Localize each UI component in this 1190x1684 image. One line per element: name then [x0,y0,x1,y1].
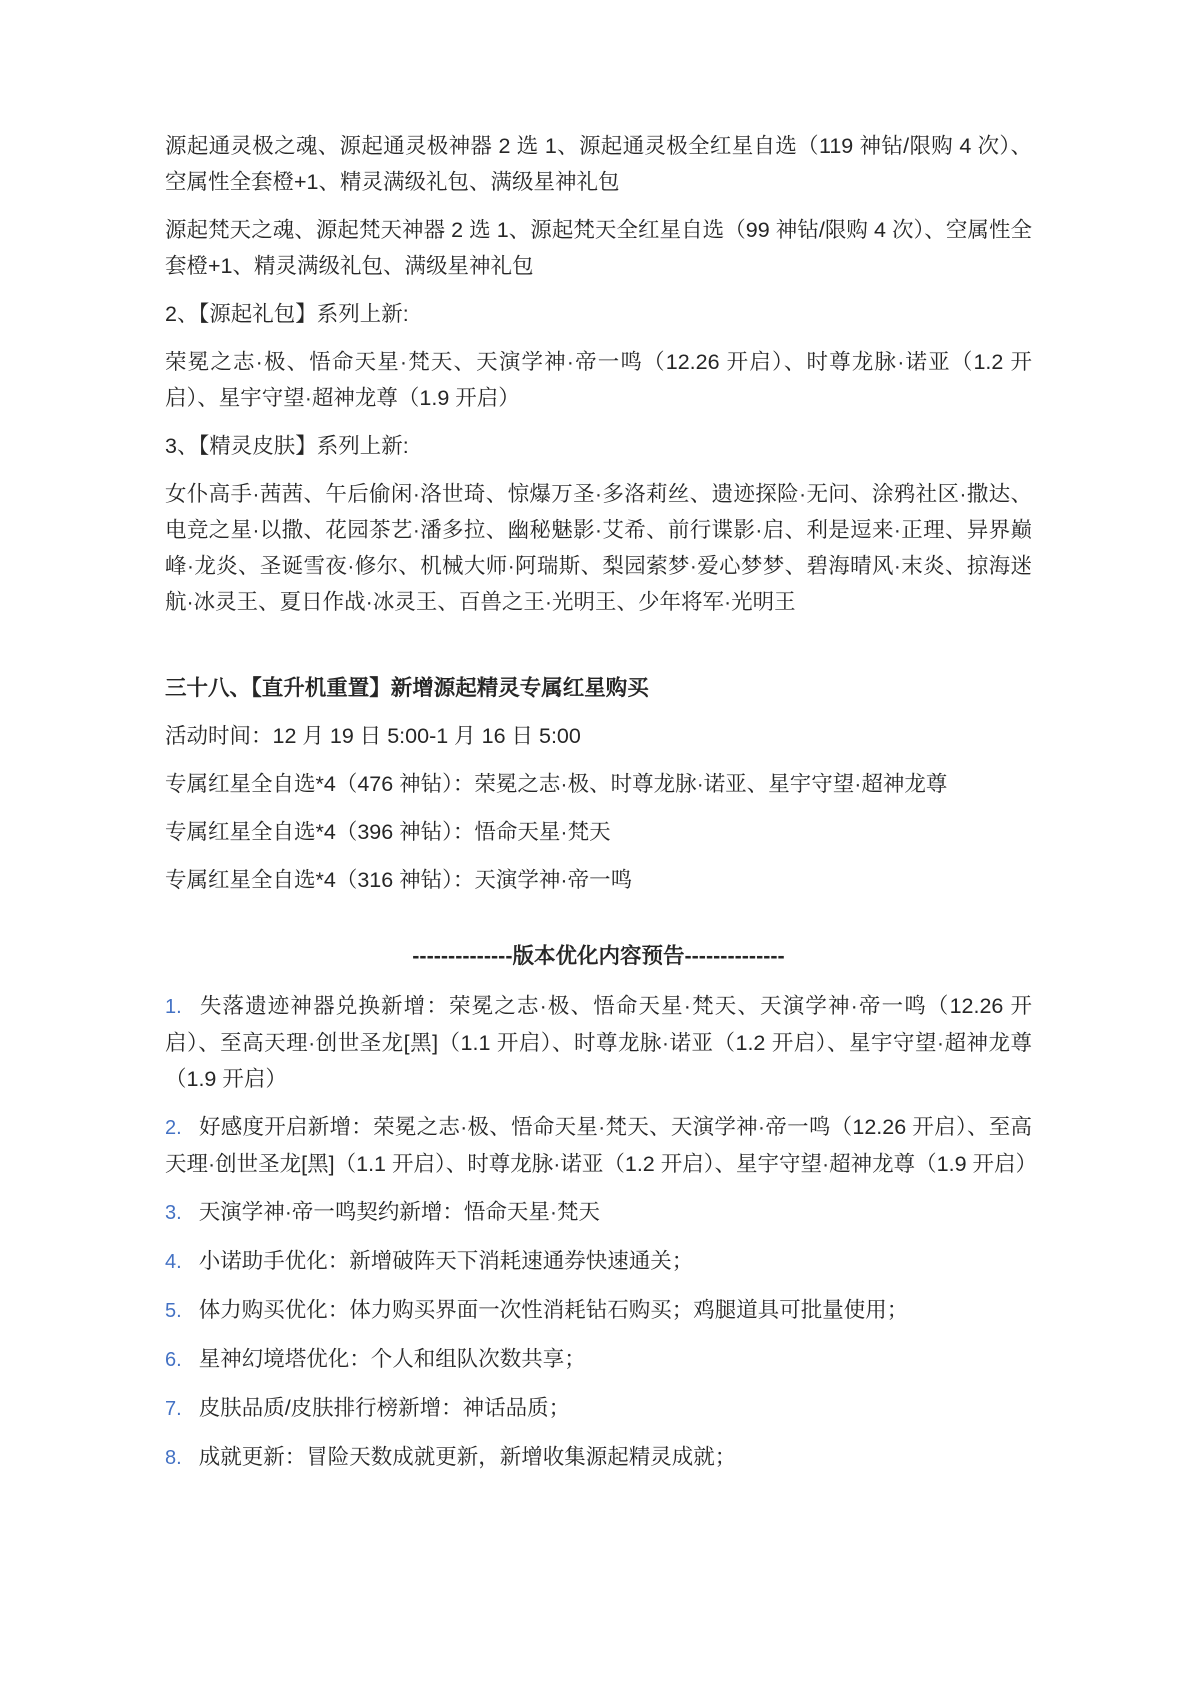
intro-paragraph-2: 源起梵天之魂、源起梵天神器 2 选 1、源起梵天全红星自选（99 神钻/限购 4… [165,212,1032,284]
redstar-line-1: 专属红星全自选*4（476 神钻）：荣冕之志·极、时尊龙脉·诺亚、星宇守望·超神… [165,766,1032,802]
list-item-text: 体力购买优化：体力购买界面一次性消耗钻石购买；鸡腿道具可批量使用； [199,1298,909,1322]
list-item-text: 天演学神·帝一鸣契约新增：悟命天星·梵天 [199,1200,600,1224]
preview-item-4: 4.小诺助手优化：新增破阵天下消耗速通券快速通关； [165,1243,1032,1280]
list-number: 4. [165,1244,182,1280]
section-3-heading: 3、【精灵皮肤】系列上新: [165,428,1032,464]
preview-item-7: 7.皮肤品质/皮肤排行榜新增：神话品质； [165,1390,1032,1427]
preview-heading: --------------版本优化内容预告-------------- [165,938,1032,974]
list-number: 8. [165,1440,182,1476]
list-number: 2. [165,1110,182,1146]
intro-paragraph-1: 源起通灵极之魂、源起通灵极神器 2 选 1、源起通灵极全红星自选（119 神钻/… [165,128,1032,200]
list-item-text: 星神幻境塔优化：个人和组队次数共享； [199,1347,586,1371]
list-number: 6. [165,1342,182,1378]
list-number: 5. [165,1293,182,1329]
preview-item-5: 5.体力购买优化：体力购买界面一次性消耗钻石购买；鸡腿道具可批量使用； [165,1292,1032,1329]
list-item-text: 小诺助手优化：新增破阵天下消耗速通券快速通关； [199,1249,694,1273]
preview-item-8: 8.成就更新：冒险天数成就更新，新增收集源起精灵成就； [165,1439,1032,1476]
preview-item-1: 1.失落遗迹神器兑换新增：荣冕之志·极、悟命天星·梵天、天演学神·帝一鸣（12.… [165,988,1032,1097]
list-item-text: 好感度开启新增：荣冕之志·极、悟命天星·梵天、天演学神·帝一鸣（12.26 开启… [165,1115,1037,1176]
list-number: 1. [165,989,182,1025]
list-number: 7. [165,1391,182,1427]
list-item-text: 失落遗迹神器兑换新增：荣冕之志·极、悟命天星·梵天、天演学神·帝一鸣（12.26… [165,994,1032,1091]
preview-item-3: 3.天演学神·帝一鸣契约新增：悟命天星·梵天 [165,1194,1032,1231]
event-time: 活动时间：12 月 19 日 5:00-1 月 16 日 5:00 [165,718,1032,754]
section-2-body: 荣冕之志·极、悟命天星·梵天、天演学神·帝一鸣（12.26 开启）、时尊龙脉·诺… [165,344,1032,416]
redstar-line-2: 专属红星全自选*4（396 神钻）：悟命天星·梵天 [165,814,1032,850]
preview-item-6: 6.星神幻境塔优化：个人和组队次数共享； [165,1341,1032,1378]
list-item-text: 成就更新：冒险天数成就更新，新增收集源起精灵成就； [199,1445,737,1469]
list-item-text: 皮肤品质/皮肤排行榜新增：神话品质； [199,1396,570,1420]
redstar-line-3: 专属红星全自选*4（316 神钻）：天演学神·帝一鸣 [165,862,1032,898]
section-3-body: 女仆高手·茜茜、午后偷闲·洛世琦、惊爆万圣·多洛莉丝、遗迹探险·无问、涂鸦社区·… [165,476,1032,620]
section-38-heading: 三十八、【直升机重置】新增源起精灵专属红星购买 [165,670,1032,706]
section-2-heading: 2、【源起礼包】系列上新: [165,296,1032,332]
document-page: 源起通灵极之魂、源起通灵极神器 2 选 1、源起通灵极全红星自选（119 神钻/… [0,0,1190,1684]
list-number: 3. [165,1195,182,1231]
preview-item-2: 2.好感度开启新增：荣冕之志·极、悟命天星·梵天、天演学神·帝一鸣（12.26 … [165,1109,1032,1182]
